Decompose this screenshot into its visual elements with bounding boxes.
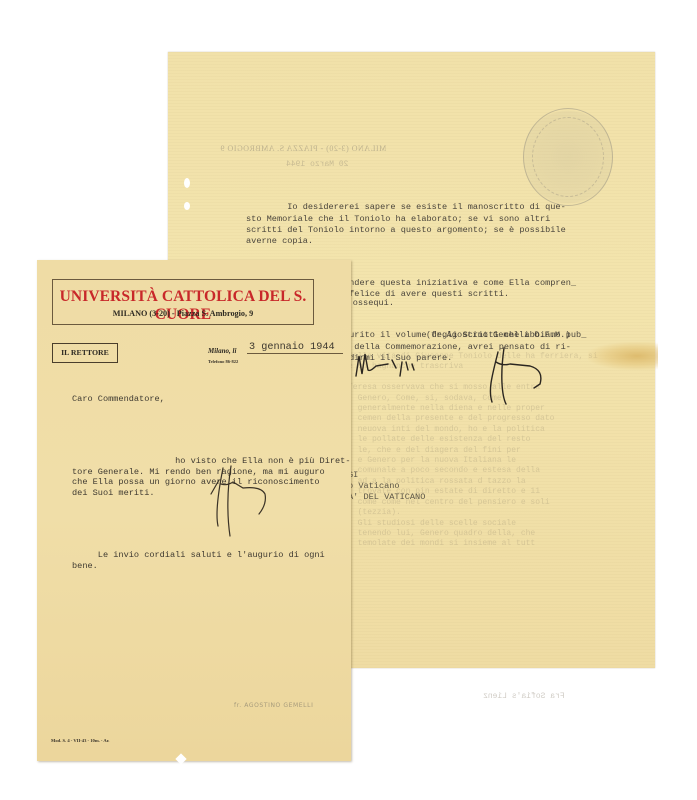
letter-date: 3 gennaio 1944 — [247, 342, 343, 354]
signatory-name: (fr.Agostino Gemelli O.F.M.) — [426, 330, 570, 340]
form-code: Mod. S. 4 - VII-43 - 10m. - Ar. — [51, 738, 109, 743]
paragraph: Le invio cordiali saluti e l'augurio di … — [72, 550, 350, 571]
handwritten-signature-icon — [354, 346, 604, 416]
faint-footer: Fra Sofia's Lienz — [483, 692, 565, 701]
faint-date: 20 Marzo 1944 — [286, 160, 348, 169]
punch-hole — [184, 202, 190, 210]
pencil-annotation: fr. AGOSTINO GEMELLI — [234, 702, 313, 709]
paragraph: Io desidererei sapere se esiste il manos… — [246, 202, 636, 247]
punch-hole — [184, 178, 190, 188]
office-label: IL RETTORE — [52, 343, 118, 363]
handwritten-signature-icon — [205, 462, 305, 540]
recipient-address: GI o Vaticano A' DEL VATICANO — [348, 470, 425, 504]
salutation: Caro Commendatore, — [72, 394, 350, 405]
front-letter-sheet: UNIVERSITÀ CATTOLICA DEL S. CUORE MILANO… — [37, 260, 351, 761]
phone-number: Telefono 86-822 — [208, 359, 238, 364]
place-label: Milano, li — [208, 347, 236, 355]
university-address: MILANO (3-20) - Piazza S. Ambrogio, 9 — [53, 309, 313, 318]
university-name: UNIVERSITÀ CATTOLICA DEL S. CUORE — [53, 288, 313, 324]
faint-letterhead: MILANO (3-20) - PIAZZA S. AMBROGIO 9 — [220, 144, 386, 153]
letterhead-box: UNIVERSITÀ CATTOLICA DEL S. CUORE MILANO… — [52, 279, 314, 325]
